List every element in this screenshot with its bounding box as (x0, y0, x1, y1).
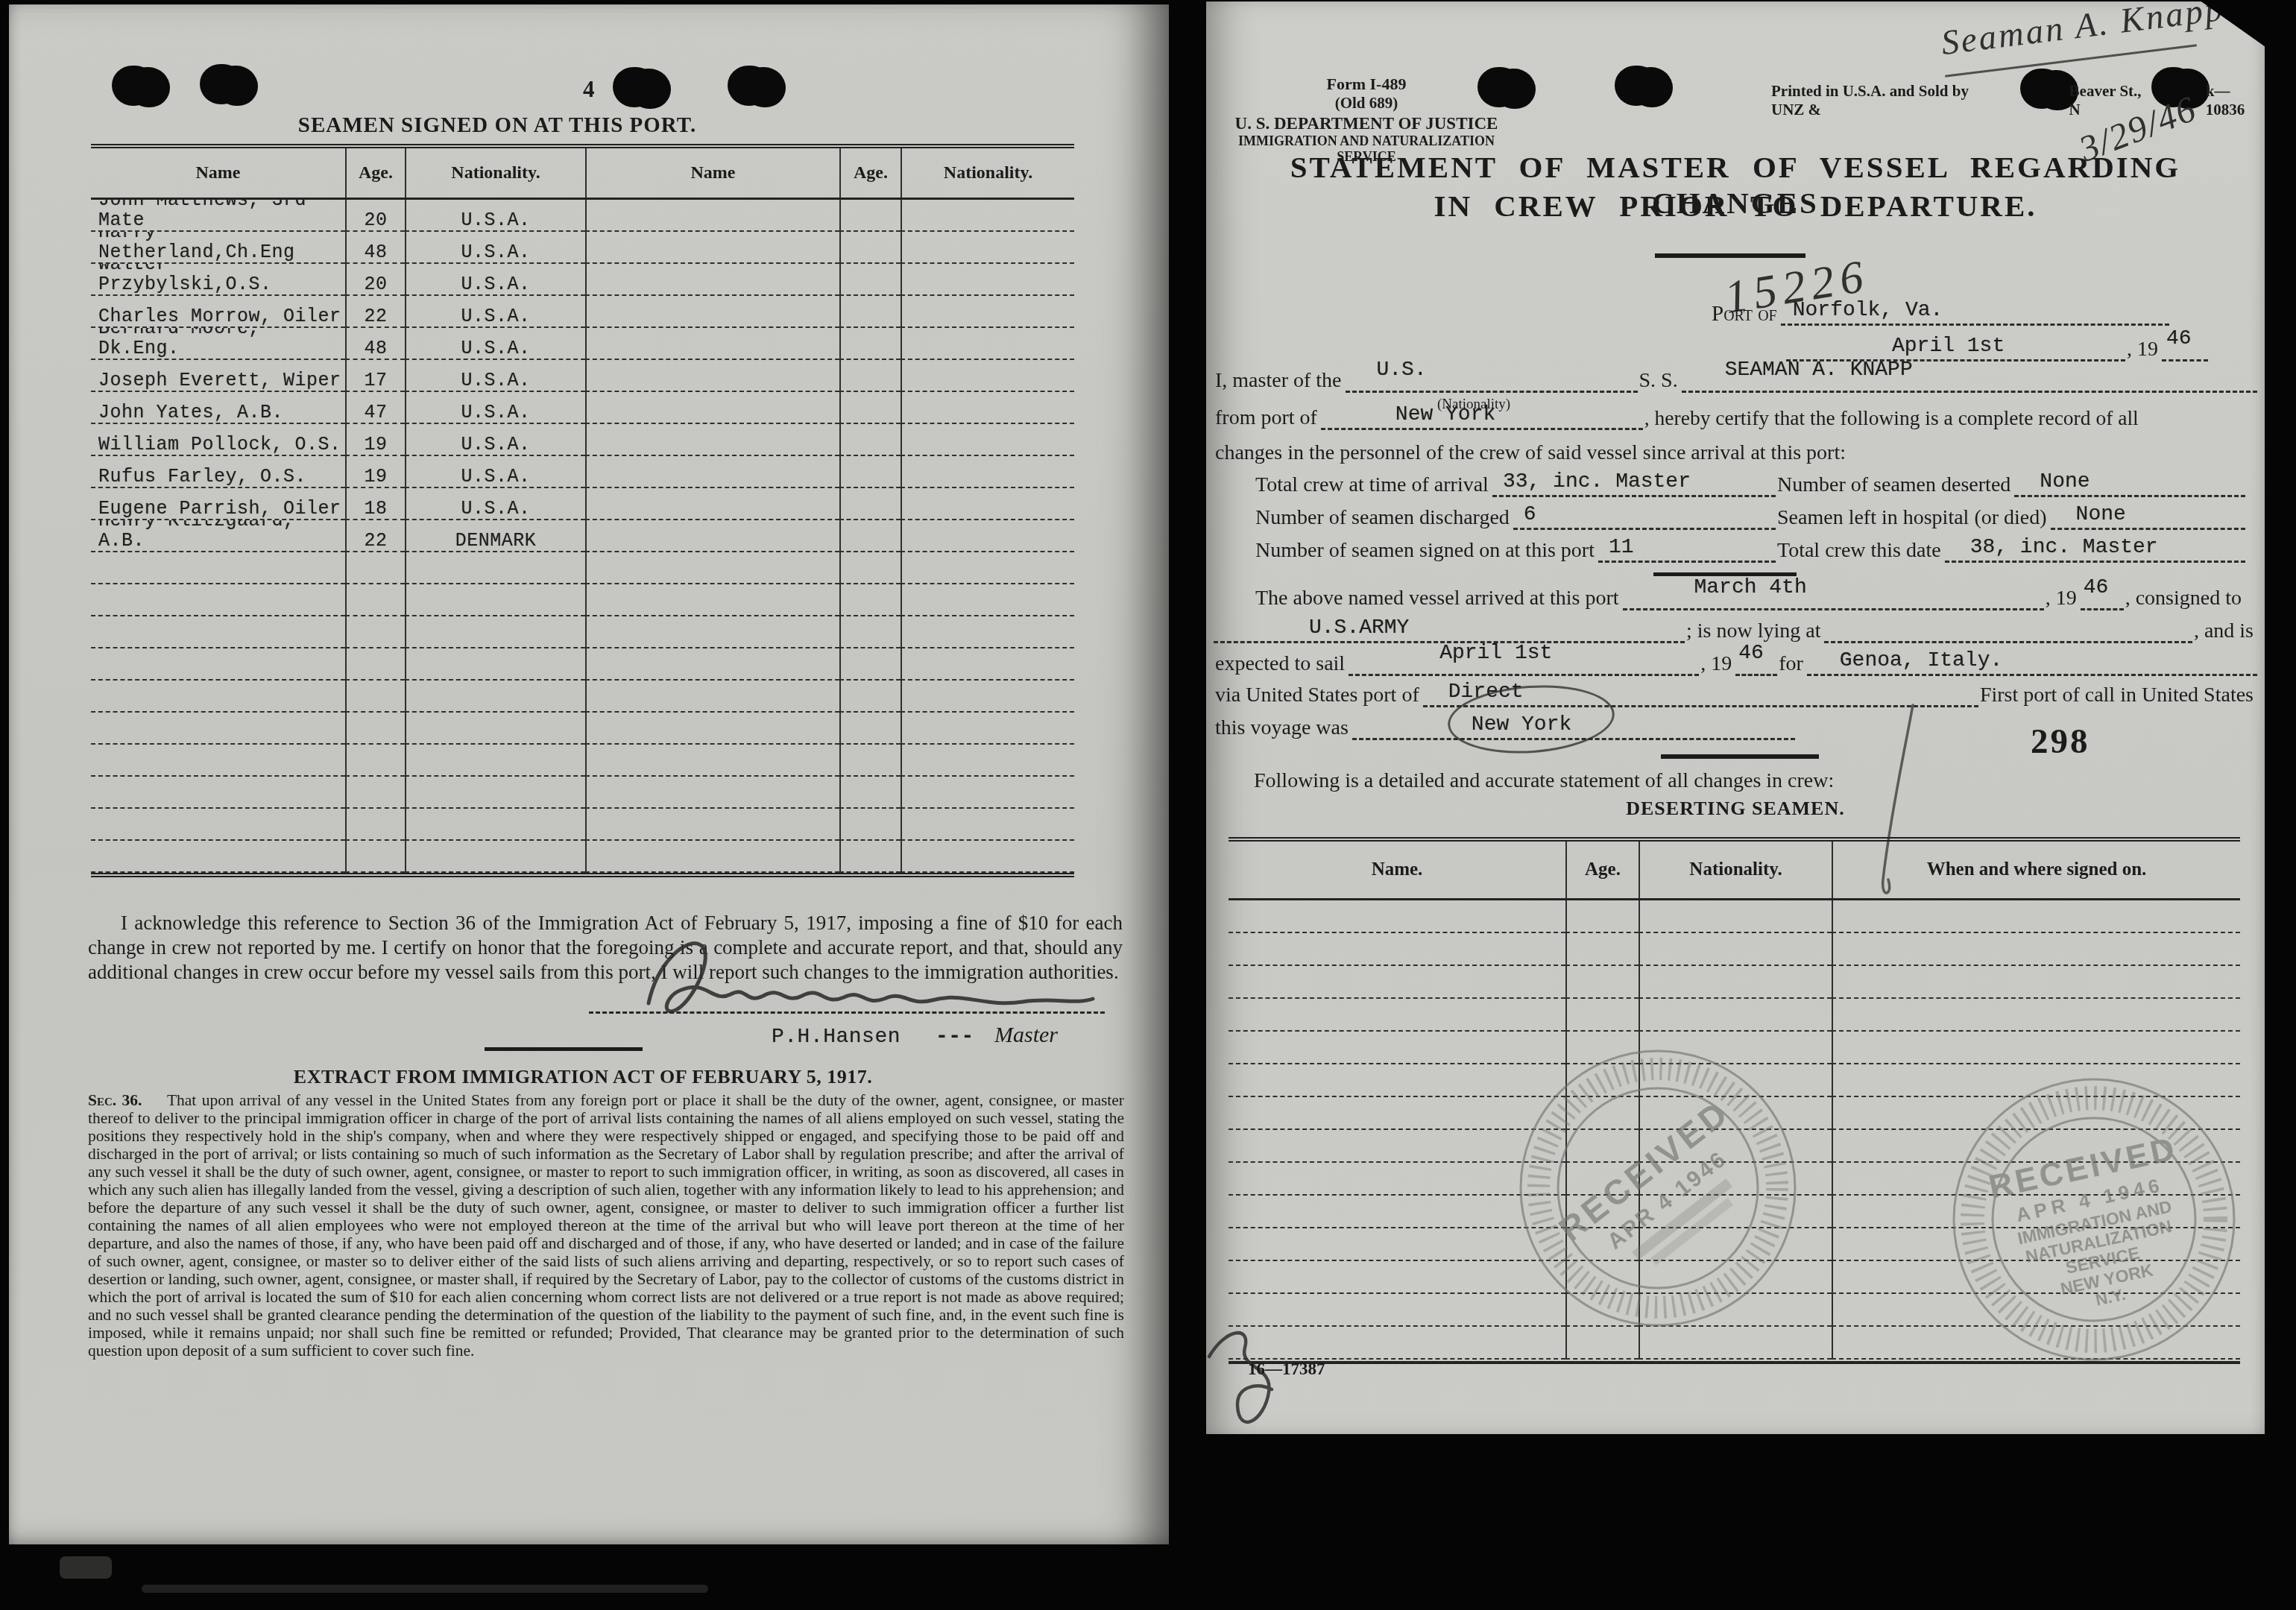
received-stamp-left: RECEIVED APR 4 1946 (1515, 1045, 1801, 1331)
empty-deserter-row (1229, 933, 2240, 966)
from-port-field: New York (1321, 400, 1643, 430)
crew-name (91, 777, 345, 809)
arrived-date-field: March 4th (1623, 580, 2044, 610)
empty-cell (1229, 966, 1565, 999)
signature-title: Master (994, 1023, 1058, 1048)
crew-nationality (585, 520, 839, 552)
crew-age (345, 745, 405, 777)
crew-row: Bernard Moore, Dk.Eng.48U.S.A. (91, 328, 1074, 360)
consigned-row: U.S.ARMY ; is now lying at , and is (1214, 613, 2257, 643)
crew-nationality (901, 456, 1074, 488)
crew-nationality (901, 488, 1074, 520)
crew-nationality (585, 264, 839, 296)
lying-label: ; is now lying at (1685, 620, 1824, 643)
handwritten-initials (1203, 1322, 1315, 1442)
crew-age (345, 841, 405, 873)
sec36-label: Sec. 36. (88, 1091, 142, 1109)
deserting-heading: DESERTING SEAMEN. (1206, 798, 2265, 820)
certify-suffix: , hereby certify that the following is a… (1643, 407, 2142, 430)
column-header: Age. (345, 148, 405, 198)
crew-age (345, 616, 405, 648)
handwritten-page-number: 298 (2031, 722, 2090, 762)
punch-hole-icon (112, 66, 154, 106)
stats-right-pair: Total crew this date38, inc. Master (1776, 532, 2245, 563)
crew-name: Joseph Everett, Wiper (91, 360, 345, 392)
empty-cell (1565, 966, 1639, 999)
consigned-value: U.S.ARMY (1309, 616, 1409, 640)
printed-seg1: Printed in U.S.A. and Sold by UNZ & (1771, 82, 2005, 119)
via-label: via United States port of (1214, 684, 1423, 707)
crew-nationality (839, 392, 901, 424)
crew-nationality (839, 296, 901, 328)
crew-name: Bernard Moore, Dk.Eng. (91, 328, 345, 360)
signature-line (589, 1011, 1105, 1014)
empty-deserter-row (1229, 999, 2240, 1032)
crew-nationality (585, 777, 839, 809)
year-prefix: , 19 (2125, 338, 2162, 362)
form-title-line2: IN CREW PRIOR TO DEPARTURE. (1206, 188, 2265, 224)
empty-crew-row (91, 616, 1074, 648)
sail-date: April 1st (1439, 642, 1552, 665)
crew-age: 20 (345, 264, 405, 296)
crew-name (91, 713, 345, 745)
crew-age: 20 (345, 200, 405, 232)
crew-nationality (839, 520, 901, 552)
stats-row: Total crew at time of arrival33, inc. Ma… (1254, 467, 2245, 497)
right-table-header: Name. Age. Nationality. When and where s… (1229, 842, 2240, 900)
crew-nationality (405, 584, 585, 616)
empty-cell (1229, 933, 1565, 966)
voyage-row: this voyage was New York (1214, 710, 1795, 740)
nationality-field: U.S. (1346, 362, 1638, 393)
sail-destination-field: Genoa, Italy. (1807, 645, 2257, 676)
port-field: Norfolk, Va. (1781, 295, 2169, 326)
crew-nationality (405, 745, 585, 777)
crew-nationality (405, 777, 585, 809)
crew-nationality (901, 713, 1074, 745)
crew-name (91, 841, 345, 873)
crew-age: 22 (345, 296, 405, 328)
crew-nationality (839, 328, 901, 360)
voyage-label: this voyage was (1214, 717, 1352, 740)
crew-nationality (839, 648, 901, 681)
from-port-value: New York (1395, 403, 1495, 426)
crew-nationality (839, 232, 901, 264)
column-header: Nationality. (1639, 842, 1832, 898)
crew-nationality: U.S.A. (405, 488, 585, 520)
voyage-field: New York (1352, 710, 1795, 740)
crew-nationality (585, 809, 839, 841)
empty-cell (1639, 933, 1832, 966)
received-stamp-right: RECEIVED APR 4 1946 IMMIGRATION AND NATU… (1948, 1073, 2240, 1366)
empty-crew-row (91, 841, 1074, 873)
crew-age: 19 (345, 456, 405, 488)
crew-nationality (839, 681, 901, 713)
port-value: Norfolk, Va. (1793, 299, 1943, 322)
crew-nationality (901, 264, 1074, 296)
stats-right-pair: Number of seamen desertedNone (1776, 467, 2245, 497)
crew-age: 48 (345, 232, 405, 264)
crew-row: Henry Klitzgaard, A.B.22DENMARK (91, 520, 1074, 552)
crew-name (91, 584, 345, 616)
crew-nationality (585, 328, 839, 360)
crew-name: John Matthews, 3rd Mate (91, 200, 345, 232)
department-name: U. S. DEPARTMENT OF JUSTICE (1217, 114, 1516, 133)
crew-nationality (585, 200, 839, 232)
empty-deserter-row (1229, 900, 2240, 933)
crew-name: Eugene Parrish, Oiler (91, 488, 345, 520)
crew-age: 22 (345, 520, 405, 552)
signature-typed-name: P.H.Hansen (772, 1026, 901, 1049)
crew-name: Henry Klitzgaard, A.B. (91, 520, 345, 552)
crew-nationality (901, 681, 1074, 713)
seamen-signed-on-table: Name Age. Nationality. Name Age. Nationa… (91, 144, 1074, 877)
master-pre: I, master of the (1214, 370, 1346, 393)
empty-cell (1639, 999, 1832, 1032)
column-header: Nationality. (405, 148, 585, 198)
punch-hole-icon (728, 66, 769, 106)
empty-cell (1565, 999, 1639, 1032)
arrived-year: 46 (2084, 576, 2109, 599)
empty-cell (1639, 1327, 1832, 1360)
sail-year-field: 46 (1735, 645, 1777, 676)
crew-nationality: U.S.A. (405, 296, 585, 328)
stats-left-pair: Number of seamen signed on at this port1… (1254, 532, 1776, 563)
column-header: Name (585, 148, 839, 198)
scan-artifact (142, 1585, 708, 1593)
nationality-value: U.S. (1377, 359, 1427, 382)
crew-nationality (901, 616, 1074, 648)
crew-nationality (901, 777, 1074, 809)
page-number: 4 (583, 76, 595, 103)
stats-row: Number of seamen discharged6Seamen left … (1254, 499, 2245, 530)
crew-nationality (585, 360, 839, 392)
crew-nationality (585, 424, 839, 456)
sec36-body: That upon arrival of any vessel in the U… (88, 1091, 1124, 1360)
column-header: Age. (839, 148, 901, 198)
crew-nationality (839, 584, 901, 616)
crew-age (345, 681, 405, 713)
changes-line: changes in the personnel of the crew of … (1215, 441, 1846, 465)
crew-nationality (585, 648, 839, 681)
crew-nationality: U.S.A. (405, 360, 585, 392)
port-label: Port of (1710, 303, 1781, 326)
column-header: Name (91, 148, 345, 198)
column-header: Name. (1229, 842, 1565, 898)
crew-nationality (901, 296, 1074, 328)
crew-nationality (585, 392, 839, 424)
empty-cell (1832, 933, 2240, 966)
empty-cell (1639, 966, 1832, 999)
crew-row: Walter Przybylski,O.S.20U.S.A. (91, 264, 1074, 296)
crew-nationality (585, 584, 839, 616)
crew-row: John Matthews, 3rd Mate20U.S.A. (91, 200, 1074, 232)
crew-name: Charles Morrow, Oiler (91, 296, 345, 328)
date-row: April 1st , 19 46 (1786, 331, 2208, 362)
empty-crew-row (91, 713, 1074, 745)
crew-nationality (585, 232, 839, 264)
date-value: April 1st (1892, 335, 2005, 358)
crew-nationality (839, 616, 901, 648)
vessel-name: SEAMAN A. KNAPP (1725, 359, 1913, 382)
vessel-field: SEAMAN A. KNAPP (1682, 362, 2257, 393)
left-crew-rows: John Matthews, 3rd Mate20U.S.A.Harry Net… (91, 200, 1074, 873)
left-table-header: Name Age. Nationality. Name Age. Nationa… (91, 148, 1074, 200)
sail-label: expected to sail (1214, 653, 1349, 676)
crew-nationality (405, 841, 585, 873)
crew-nationality (839, 777, 901, 809)
empty-cell (1832, 900, 2240, 933)
crew-nationality (901, 809, 1074, 841)
crew-nationality (839, 488, 901, 520)
sec36-paragraph: Sec. 36. That upon arrival of any vessel… (88, 1091, 1124, 1360)
arrived-row: The above named vessel arrived at this p… (1254, 580, 2245, 610)
crew-nationality (585, 713, 839, 745)
empty-crew-row (91, 681, 1074, 713)
from-port-row: from port of New York , hereby certify t… (1214, 400, 2257, 430)
crew-nationality (405, 681, 585, 713)
crew-nationality: U.S.A. (405, 264, 585, 296)
crew-age: 47 (345, 392, 405, 424)
crew-nationality (839, 552, 901, 584)
empty-cell (1832, 1032, 2240, 1064)
empty-crew-row (91, 809, 1074, 841)
crew-age (345, 777, 405, 809)
from-port-label: from port of (1214, 407, 1321, 430)
crew-nationality (901, 841, 1074, 873)
crew-nationality (585, 552, 839, 584)
column-header: When and where signed on. (1832, 842, 2240, 898)
via-row: via United States port of Direct First p… (1214, 677, 2257, 707)
crew-nationality (901, 648, 1074, 681)
first-port-label: First port of call in United States (1978, 684, 2257, 707)
empty-cell (1229, 999, 1565, 1032)
crew-nationality (839, 809, 901, 841)
crew-nationality (839, 456, 901, 488)
crew-nationality (585, 745, 839, 777)
right-page: Form I-489 (Old 689) U. S. DEPARTMENT OF… (1206, 1, 2265, 1434)
arrived-suffix: , consigned to (2124, 587, 2245, 610)
crew-row: Joseph Everett, Wiper17U.S.A. (91, 360, 1074, 392)
crew-age (345, 648, 405, 681)
crew-age: 18 (345, 488, 405, 520)
form-print-code: 16—17387 (1248, 1360, 1325, 1379)
crew-nationality (901, 360, 1074, 392)
column-header: Nationality. (901, 148, 1074, 198)
punch-hole-icon (200, 64, 242, 104)
crew-nationality: DENMARK (405, 520, 585, 552)
form-number-old: (Old 689) (1217, 94, 1516, 113)
crew-row: Harry Netherland,Ch.Eng48U.S.A. (91, 232, 1074, 264)
crew-age (345, 552, 405, 584)
empty-crew-row (91, 648, 1074, 681)
crew-nationality (585, 841, 839, 873)
empty-cell (1565, 1327, 1639, 1360)
crew-nationality (901, 328, 1074, 360)
crew-nationality (839, 264, 901, 296)
crew-nationality (901, 520, 1074, 552)
empty-cell (1229, 900, 1565, 933)
crew-nationality (901, 584, 1074, 616)
crew-nationality (839, 841, 901, 873)
crew-row: Charles Morrow, Oiler22U.S.A. (91, 296, 1074, 328)
crew-nationality: U.S.A. (405, 328, 585, 360)
empty-cell (1832, 999, 2240, 1032)
left-page: 4 SEAMEN SIGNED ON AT THIS PORT. Name Ag… (9, 4, 1169, 1544)
crew-nationality (405, 616, 585, 648)
crew-nationality (901, 552, 1074, 584)
crew-nationality (585, 488, 839, 520)
form-number: Form I-489 (1217, 75, 1516, 94)
crew-name: Rufus Farley, O.S. (91, 456, 345, 488)
crew-age: 48 (345, 328, 405, 360)
master-row: I, master of the U.S. S. S. SEAMAN A. KN… (1214, 362, 2257, 393)
sail-date-field: April 1st (1349, 645, 1699, 676)
year-field: 46 (2162, 331, 2208, 362)
punch-hole-icon (1615, 66, 1656, 106)
crew-nationality (839, 745, 901, 777)
crew-nationality (585, 616, 839, 648)
empty-cell (1565, 933, 1639, 966)
sail-destination: Genoa, Italy. (1840, 649, 2002, 672)
crew-age (345, 809, 405, 841)
crew-nationality (901, 232, 1074, 264)
crew-nationality (405, 809, 585, 841)
crew-nationality: U.S.A. (405, 392, 585, 424)
crew-nationality: U.S.A. (405, 232, 585, 264)
crew-nationality: U.S.A. (405, 200, 585, 232)
signature-rule (485, 1047, 643, 1051)
crew-nationality (901, 392, 1074, 424)
crew-name (91, 745, 345, 777)
signature-dashes: --- (936, 1026, 974, 1049)
master-signature-script (635, 932, 1097, 1029)
crew-nationality (901, 200, 1074, 232)
crew-name (91, 809, 345, 841)
printed-seg3: k—10836 (2206, 82, 2265, 119)
crew-nationality (901, 745, 1074, 777)
sail-row: expected to sail April 1st , 19 46 for G… (1214, 645, 2257, 676)
arrived-label: The above named vessel arrived at this p… (1254, 587, 1623, 610)
crew-nationality (839, 424, 901, 456)
left-table-title: SEAMEN SIGNED ON AT THIS PORT. (128, 113, 866, 138)
crew-age (345, 584, 405, 616)
year-prefix: , 19 (2044, 587, 2081, 610)
consigned-field: U.S.ARMY (1214, 613, 1685, 643)
crew-nationality (405, 552, 585, 584)
for-word: for (1777, 653, 1807, 676)
stats-right-pair: Seamen left in hospital (or died)None (1776, 499, 2245, 530)
crew-row: Eugene Parrish, Oiler18U.S.A. (91, 488, 1074, 520)
crew-name: Harry Netherland,Ch.Eng (91, 232, 345, 264)
arrived-year-field: 46 (2081, 580, 2124, 610)
crew-name (91, 552, 345, 584)
title-underline (1655, 253, 1805, 258)
crew-nationality (839, 200, 901, 232)
empty-crew-row (91, 552, 1074, 584)
crew-name: William Pollock, O.S. (91, 424, 345, 456)
crew-nationality (405, 713, 585, 745)
column-header: Age. (1565, 842, 1639, 898)
empty-deserter-row (1229, 966, 2240, 999)
year-prefix: , 19 (1699, 653, 1735, 676)
and-is-label: , and is (2192, 620, 2257, 643)
year-value: 46 (2166, 327, 2192, 350)
crew-nationality: U.S.A. (405, 424, 585, 456)
crew-nationality (901, 424, 1074, 456)
crew-nationality (585, 456, 839, 488)
crew-name (91, 616, 345, 648)
crew-name (91, 681, 345, 713)
date-field: April 1st (1786, 331, 2125, 362)
empty-crew-row (91, 745, 1074, 777)
stats-row: Number of seamen signed on at this port1… (1254, 532, 2245, 563)
ss-label: S. S. (1638, 370, 1682, 393)
empty-cell (1639, 900, 1832, 933)
crew-name (91, 648, 345, 681)
stats-left-pair: Number of seamen discharged6 (1254, 499, 1776, 530)
crew-nationality (585, 296, 839, 328)
arrived-date: March 4th (1694, 576, 1807, 599)
sail-year: 46 (1738, 642, 1764, 665)
section-divider (1661, 754, 1819, 759)
handwritten-vessel-name: Seaman A. Knapp (1939, 0, 2227, 63)
lying-field (1824, 613, 2192, 643)
empty-crew-row (91, 777, 1074, 809)
punch-hole-icon (613, 67, 655, 107)
crew-nationality (839, 713, 901, 745)
empty-crew-row (91, 584, 1074, 616)
crew-age: 17 (345, 360, 405, 392)
empty-cell (1832, 966, 2240, 999)
crew-age (345, 713, 405, 745)
port-of-row: Port of Norfolk, Va. (1710, 295, 2169, 326)
crew-row: William Pollock, O.S.19U.S.A. (91, 424, 1074, 456)
scan-artifact (60, 1556, 112, 1579)
stats-left-pair: Total crew at time of arrival33, inc. Ma… (1254, 467, 1776, 497)
empty-cell (1565, 900, 1639, 933)
crew-nationality (585, 681, 839, 713)
crew-name: John Yates, A.B. (91, 392, 345, 424)
scanned-document: 4 SEAMEN SIGNED ON AT THIS PORT. Name Ag… (0, 0, 2296, 1610)
crew-name: Walter Przybylski,O.S. (91, 264, 345, 296)
crew-nationality: U.S.A. (405, 456, 585, 488)
following-line: Following is a detailed and accurate sta… (1254, 769, 1834, 793)
crew-row: John Yates, A.B.47U.S.A. (91, 392, 1074, 424)
crew-nationality (405, 648, 585, 681)
extract-heading: EXTRACT FROM IMMIGRATION ACT OF FEBRUARY… (158, 1066, 1008, 1088)
crew-nationality (839, 360, 901, 392)
crew-row: Rufus Farley, O.S.19U.S.A. (91, 456, 1074, 488)
crew-age: 19 (345, 424, 405, 456)
